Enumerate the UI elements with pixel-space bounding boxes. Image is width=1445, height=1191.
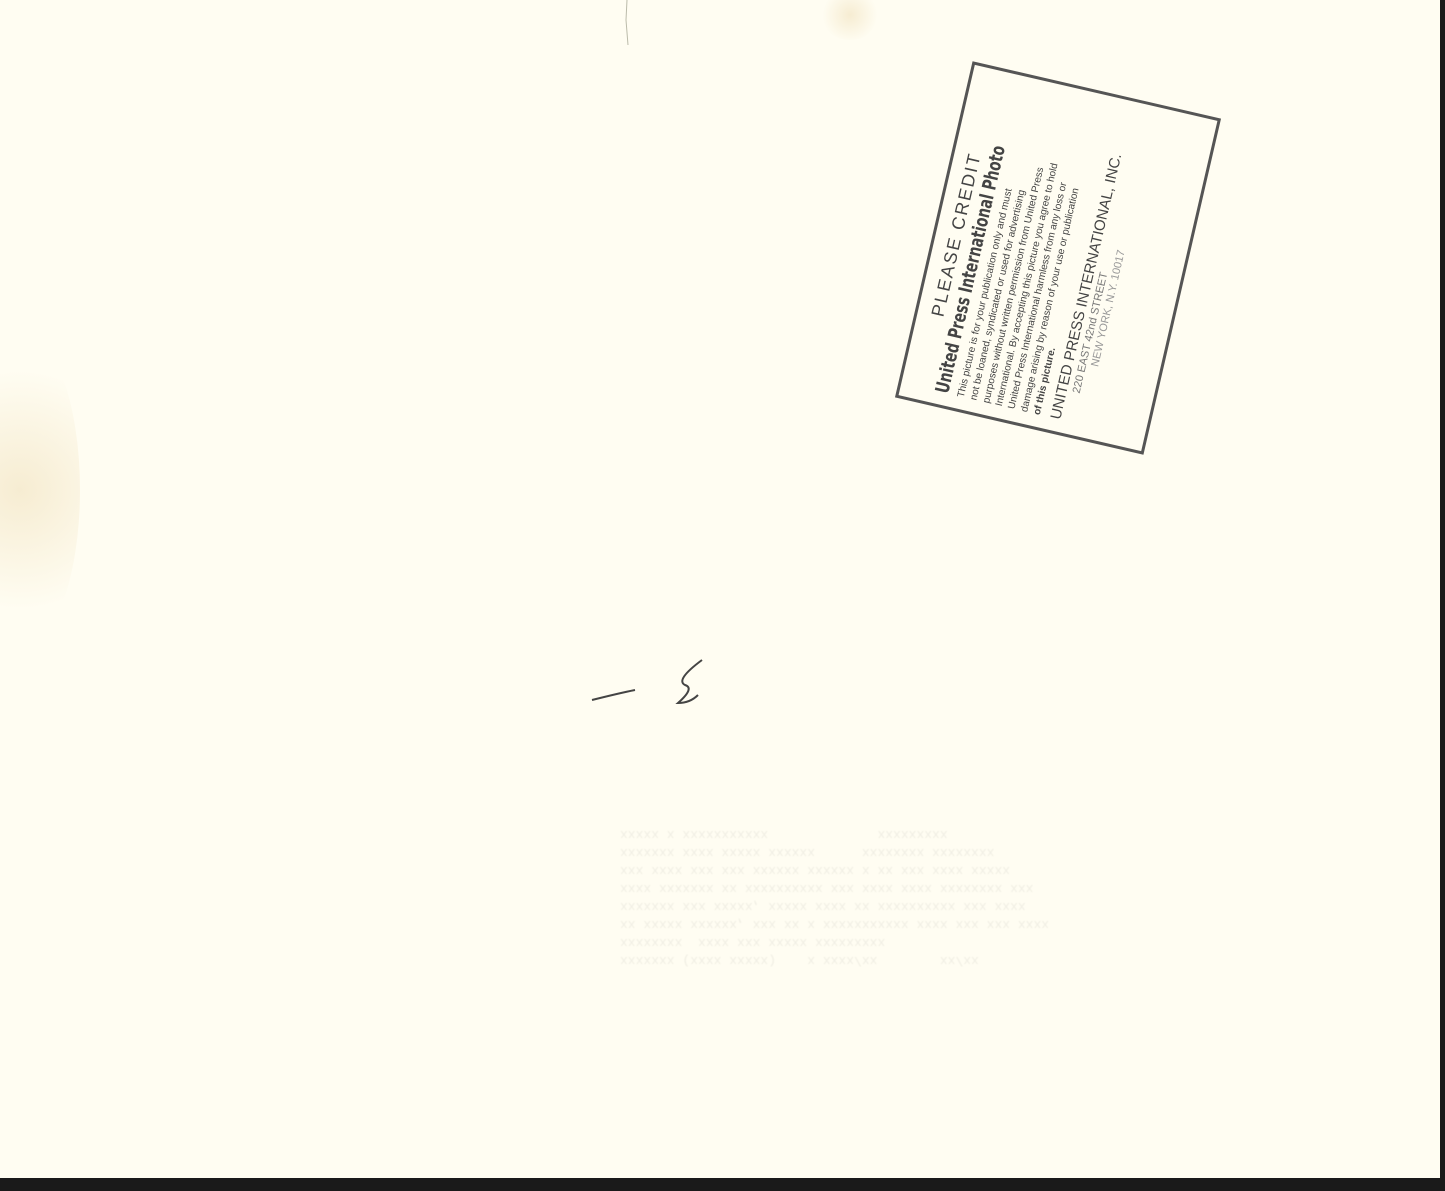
- crease-mark: [625, 0, 629, 45]
- stain: [0, 330, 80, 650]
- credit-stamp: PLEASE CREDIT United Press International…: [905, 65, 1210, 450]
- stain: [820, 0, 880, 40]
- bleed-through-text: xxxxxxx (xxxx xxxxx) x xxxx/xx xx/xx xxx…: [620, 825, 1180, 969]
- photo-back: PLEASE CREDIT United Press International…: [0, 0, 1440, 1178]
- handwritten-mark: [590, 655, 720, 715]
